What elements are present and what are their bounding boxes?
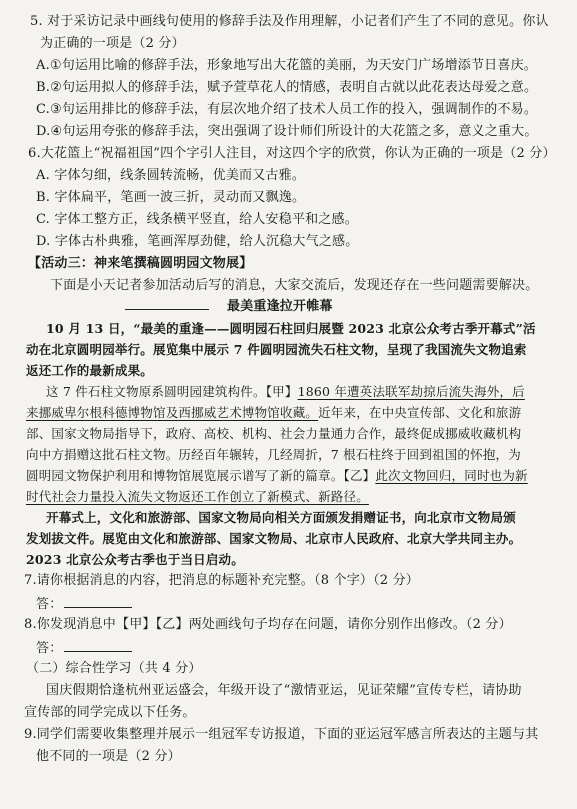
news-p2-line1-text: 这 7 件石柱文物原系圆明园建筑构件。【甲】 [46,384,298,399]
section2-heading: （二）综合性学习（共 4 分） [26,661,202,677]
activity3-heading: 【活动三：神来笔撰稿圆明园文物展】 [28,256,252,272]
news-p1-line2: 动在北京圆明园举行。展览集中展示 7 件圆明园流失石柱文物，呈现了我国流失文物追… [26,342,527,358]
q7-answer-blank[interactable] [64,595,132,608]
q8-answer-label: 答： [36,641,62,656]
activity3-intro: 下面是小天记者参加活动后写的消息，大家交流后，发现还存在一些问题需要解决。 [50,278,538,294]
q5-option-a: A.①句运用比喻的修辞手法，形象地写出大花篮的美丽，为天安门广场增添节日喜庆。 [36,58,537,74]
news-p1-line1: 10 月 13 日，“最美的重逢——圆明园石柱回归展暨 2023 北京公众考古季… [46,321,536,337]
news-p2-line6: 时代社会力量投入流失文物返还工作创立了新模式、新路径。 [26,489,369,505]
q5-stem-line2: 为正确的一项是（2 分） [40,36,185,52]
q7-answer-label: 答： [36,597,62,612]
q6-option-b: B. 字体扁平，笔画一波三折，灵动而又飘逸。 [36,190,305,206]
news-p3-line2: 发划拔文件。展览由文化和旅游部、国家文物局、北京市人民政府、北京大学共同主办。 [26,531,521,547]
news-title-blank [125,299,209,310]
section2-intro-line2: 宣传部的同学完成以下任务。 [24,705,196,721]
q6-stem: 6.大花篮上“祝福祖国”四个字引人注目，对这四个字的欣赏，你认为正确的一项是（2… [28,146,556,162]
q5-option-b: B.②句运用拟人的修辞手法，赋予萱草花人的情感，表明自古就以此花表达母爱之意。 [36,80,537,96]
underline-jia-part2: 来挪威卑尔根科德博物馆及西挪威艺术博物馆收藏。 [26,405,318,420]
q9-stem-line2: 他不同的一项是（2 分） [36,749,181,765]
underline-jia-part1: 1860 年遭英法联军劫掠后流失海外，后 [298,384,525,399]
exam-page: 5. 对于采访记录中画线句使用的修辞手法及作用理解，小记者们产生了不同的意见。你… [0,0,577,809]
q6-option-a: A. 字体匀细，线条圆转流畅，优美而又古雅。 [36,168,305,184]
news-p2-line5-text: 圆明园文物保护利用和博物馆展览展示谱写了新的篇章。【乙】 [26,468,375,483]
news-p2-line5: 圆明园文物保护利用和博物馆展览展示谱写了新的篇章。【乙】此次文物回归，同时也为新 [26,468,528,484]
q5-stem-line1: 5. 对于采访记录中画线句使用的修辞手法及作用理解，小记者们产生了不同的意见。你… [30,14,549,30]
q5-option-c: C.③句运用排比的修辞手法，有层次地介绍了技术人员工作的投入，强调制作的不易。 [36,102,537,118]
news-p2-line2: 来挪威卑尔根科德博物馆及西挪威艺术博物馆收藏。近年来，在中央宣传部、文化和旅游 [26,405,521,421]
news-p3-line1: 开幕式上，文化和旅游部、国家文物局向相关方面颁发捐赠证书，向北京市文物局颁 [46,510,516,526]
q5-option-d: D.④句运用夸张的修辞手法，突出强调了设计师们所设计的大花篮之多，意义之重大。 [36,124,538,140]
news-p2-line3: 部、国家文物局指导下，政府、高校、机构、社会力量通力合作，最终促成挪威收藏机构 [26,426,521,442]
underline-yi-part2: 时代社会力量投入流失文物返还工作创立了新模式、新路径。 [26,489,369,504]
news-p2-line1: 这 7 件石柱文物原系圆明园建筑构件。【甲】1860 年遭英法联军劫掠后流失海外… [46,384,525,400]
news-p2-line4: 向中方捐赠这批石柱文物。历经百年辗转，几经周折，7 根石柱终于回到祖国的怀抱，为 [26,447,521,463]
news-p1-line3: 返还工作的最新成果。 [26,363,153,379]
underline-yi-part1: 此次文物回归，同时也为新 [375,468,527,483]
section2-intro-line1: 国庆假期恰逢杭州亚运盛会，年级开设了“激情亚运，见证荣耀”宣传专栏，请协助 [46,683,522,699]
q6-option-d: D. 字体古朴典雅，笔画浑厚劲健，给人沉稳大气之感。 [36,234,358,250]
q7-stem: 7.请你根据消息的内容，把消息的标题补充完整。（8 个字）（2 分） [24,573,419,589]
news-title-row: 最美重逢拉开帷幕 [125,299,333,315]
q7-answer-row: 答： [36,595,132,613]
q8-answer-row: 答： [36,639,132,657]
news-p2-line2-text: 近年来，在中央宣传部、文化和旅游 [318,405,521,420]
q8-answer-blank[interactable] [64,639,132,652]
q8-stem: 8.你发现消息中【甲】【乙】两处画线句子均存在问题，请你分别作出修改。（2 分） [24,617,512,633]
news-p3-line3: 2023 北京公众考古季也于当日启动。 [26,552,244,568]
q6-option-c: C. 字体工整方正，线条横平竖直，给人安稳平和之感。 [36,212,358,228]
news-title: 最美重逢拉开帷幕 [227,299,333,314]
q9-stem-line1: 9.同学们需要收集整理并展示一组冠军专访报道，下面的亚运冠军感言所表达的主题与其 [24,727,538,743]
